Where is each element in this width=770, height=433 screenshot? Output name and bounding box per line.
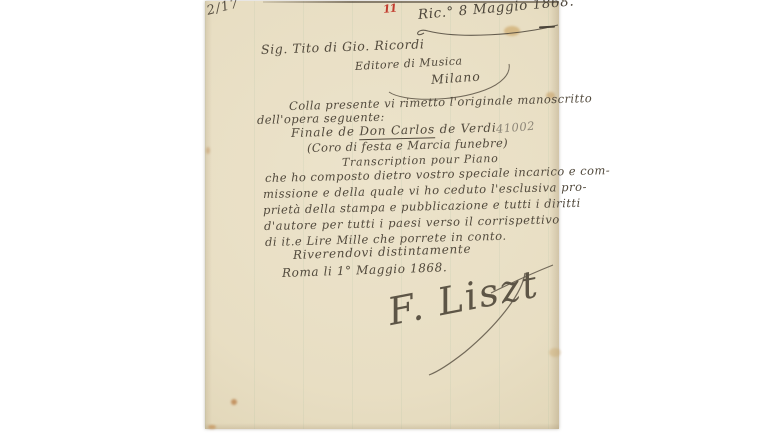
foxing-spot xyxy=(208,425,216,429)
scanned-letter-page: 2/17 11 Ric.° 8 Maggio 1868. Sig. Tito d… xyxy=(0,0,770,433)
foxing-spot xyxy=(231,399,237,405)
folio-number-annotation: 2/17 xyxy=(205,0,241,19)
foxing-spot xyxy=(504,26,520,36)
foxing-spot xyxy=(549,348,561,357)
ink-dash-mark xyxy=(539,26,555,29)
signature-tbar-stroke xyxy=(491,265,553,293)
dateline: Roma li 1° Maggio 1868. xyxy=(282,260,448,280)
signature-flourish-stroke xyxy=(429,273,525,375)
foxing-spot xyxy=(206,147,210,154)
recipient-name-line: Sig. Tito di Gio. Ricordi xyxy=(261,36,425,57)
red-archive-number: 11 xyxy=(382,2,397,16)
letter-paper: 2/17 11 Ric.° 8 Maggio 1868. Sig. Tito d… xyxy=(205,1,559,429)
recipient-city-line: Milano xyxy=(430,69,481,87)
pencil-catalog-number: 41002 xyxy=(495,119,535,136)
received-date-annotation: Ric.° 8 Maggio 1868. xyxy=(417,0,575,23)
work-title-pre: Finale de xyxy=(291,124,360,140)
work-title-post: de Verdi xyxy=(435,121,497,137)
body-opening-line-1: Colla presente vi rimetto l'originale ma… xyxy=(289,91,592,113)
received-note-underline-flourish xyxy=(410,19,562,45)
